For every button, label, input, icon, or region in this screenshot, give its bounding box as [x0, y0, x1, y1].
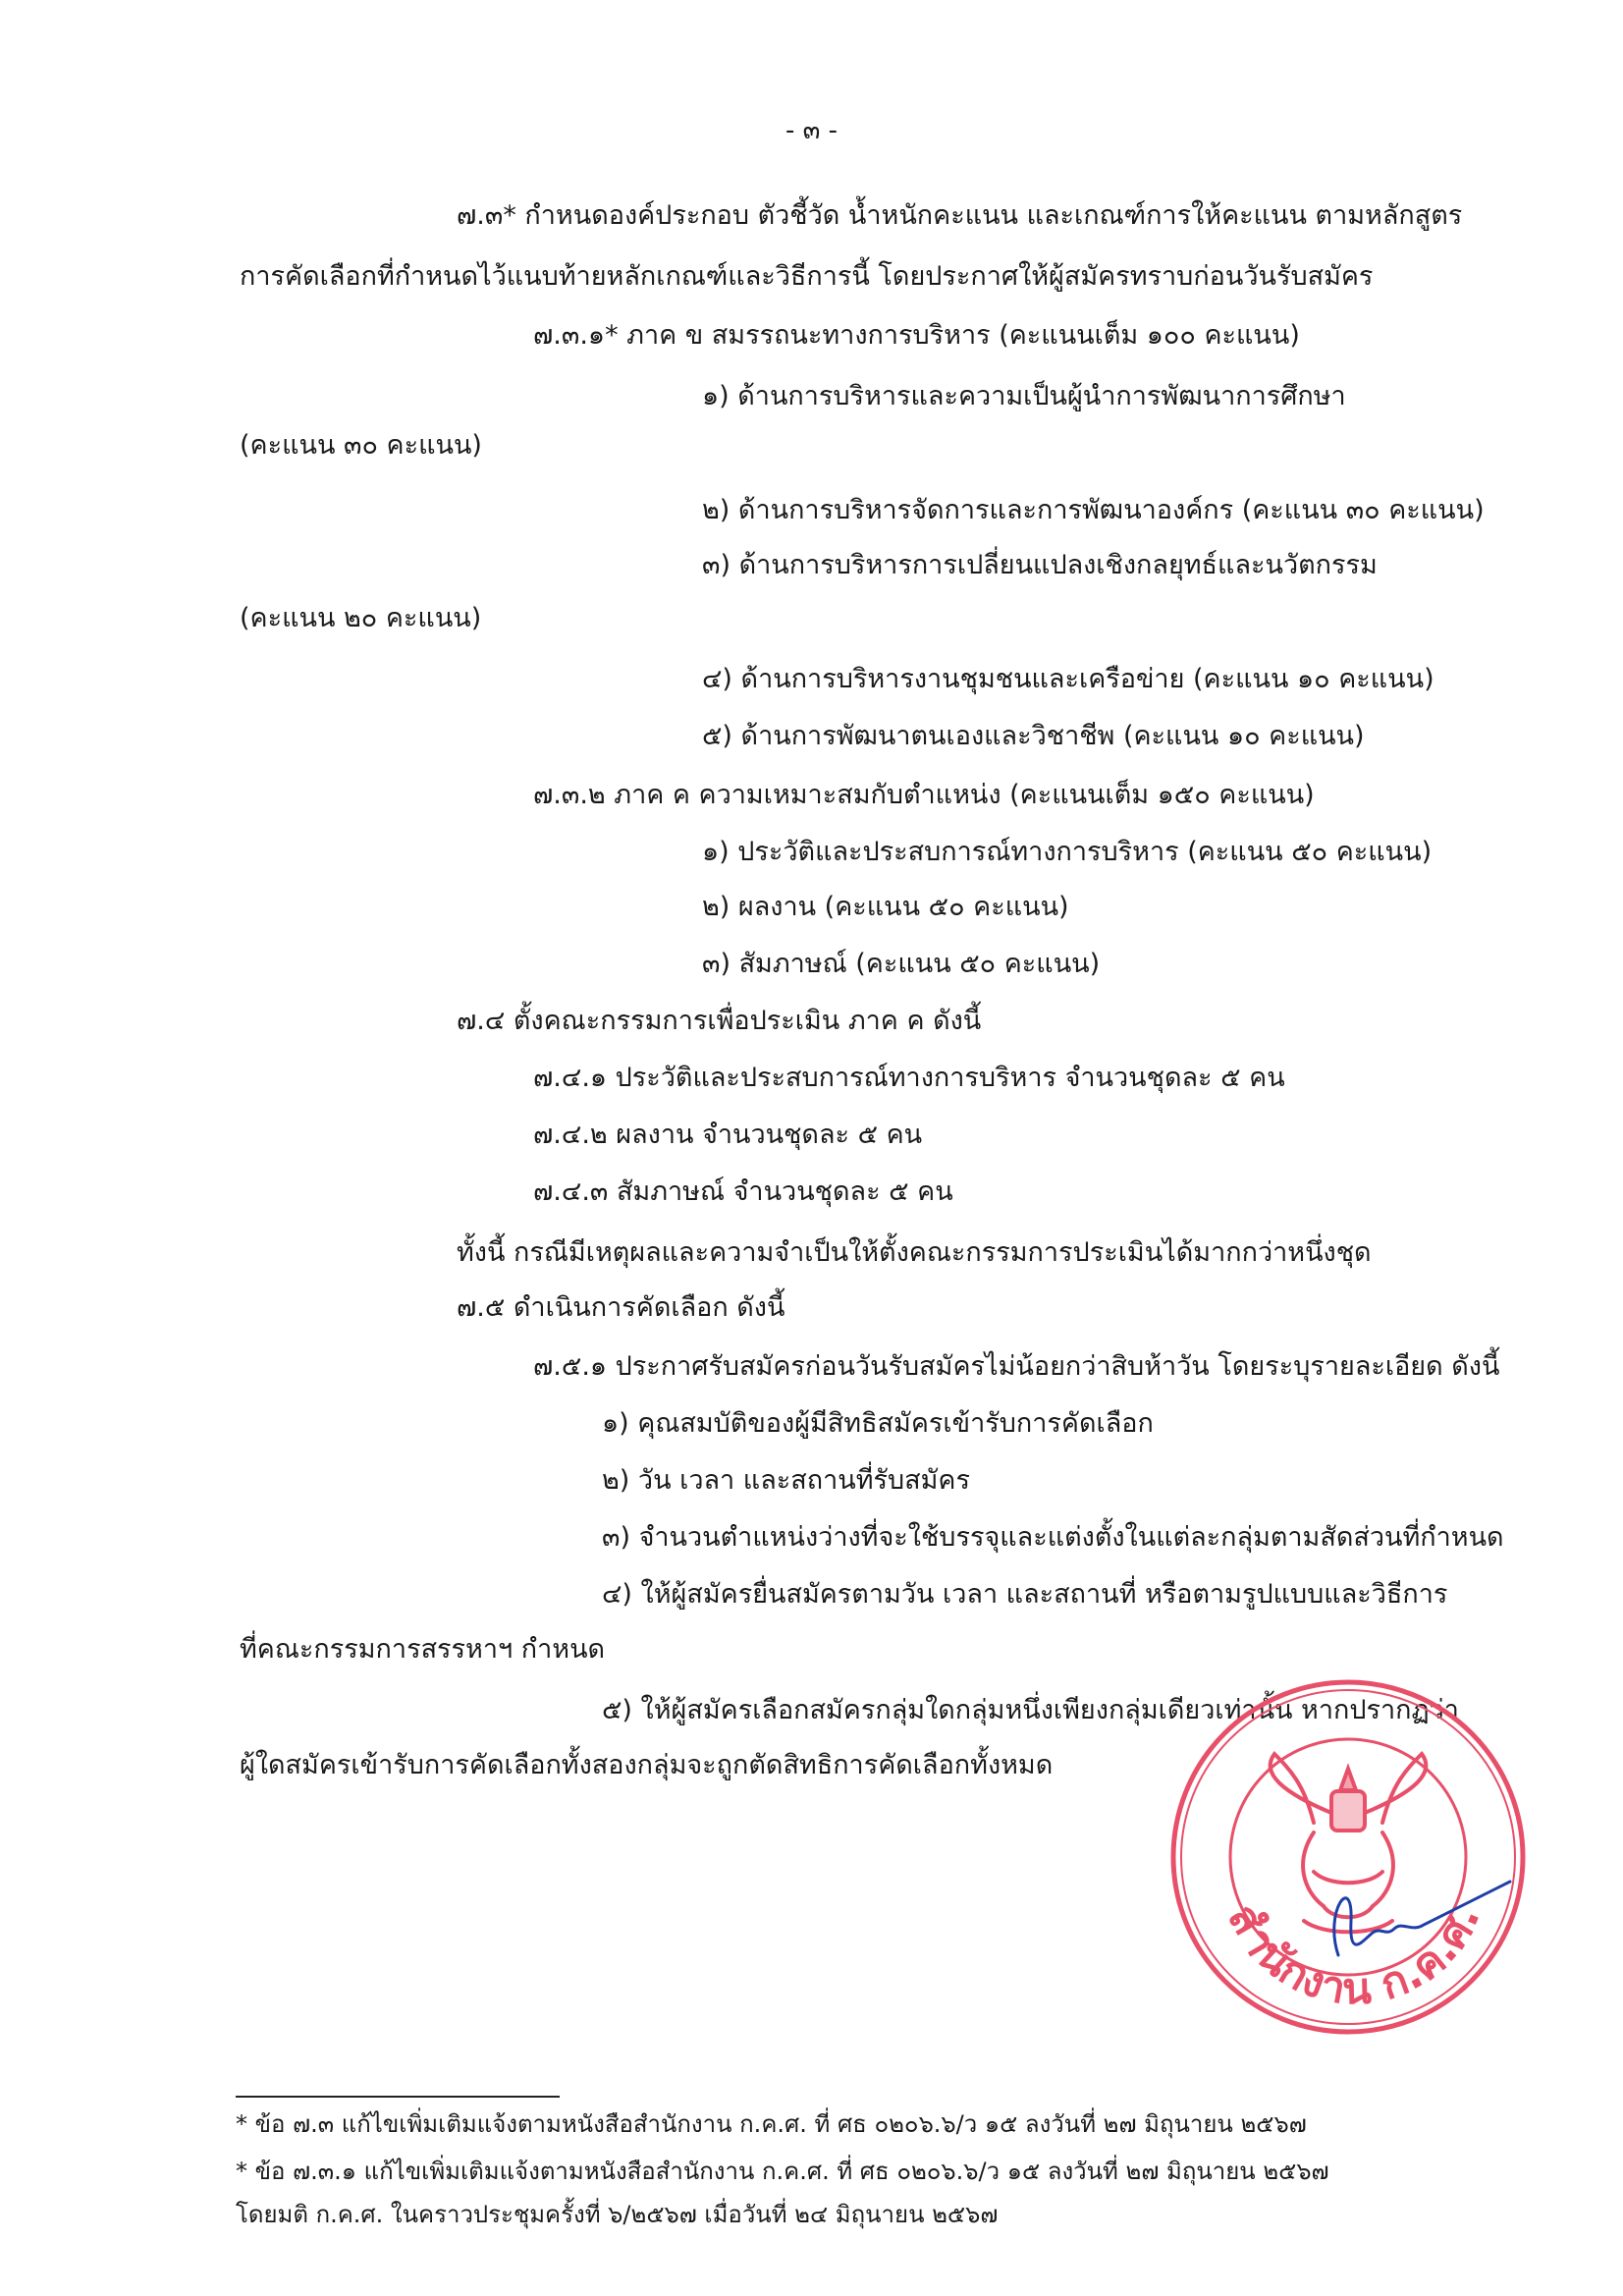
section-7-4-2: ๗.๔.๒ ผลงาน จำนวนชุดละ ๕ คน	[533, 1116, 922, 1155]
section-7-3-2-item-2: ๒) ผลงาน (คะแนน ๕๐ คะแนน)	[702, 888, 1069, 927]
section-7-4-note: ทั้งนี้ กรณีมีเหตุผลและความจำเป็นให้ตั้ง…	[457, 1233, 1372, 1273]
footnote-divider	[236, 2096, 560, 2098]
section-7-5-1-title: ๗.๕.๑ ประกาศรับสมัครก่อนวันรับสมัครไม่น้…	[533, 1347, 1499, 1387]
section-7-3-1-item-2: ๒) ด้านการบริหารจัดการและการพัฒนาองค์กร …	[702, 491, 1485, 530]
section-7-3-1-title: ๗.๓.๑* ภาค ข สมรรถนะทางการบริหาร (คะแนนเ…	[533, 316, 1300, 355]
section-7-3-line-2: การคัดเลือกที่กำหนดไว้แนบท้ายหลักเกณฑ์แล…	[240, 257, 1373, 297]
section-7-3-2-item-3: ๓) สัมภาษณ์ (คะแนน ๕๐ คะแนน)	[702, 945, 1100, 984]
section-7-4-title: ๗.๔ ตั้งคณะกรรมการเพื่อประเมิน ภาค ค ดัง…	[457, 1002, 981, 1041]
section-7-3-2-title: ๗.๓.๒ ภาค ค ความเหมาะสมกับตำแหน่ง (คะแนน…	[533, 776, 1315, 815]
footnote-2-cont: โดยมติ ก.ค.ศ. ในคราวประชุมครั้งที่ ๖/๒๕๖…	[236, 2198, 998, 2231]
section-7-3-1-item-1: ๑) ด้านการบริหารและความเป็นผู้นำการพัฒนา…	[702, 377, 1346, 416]
section-7-3-1-item-1-cont: (คะแนน ๓๐ คะแนน)	[240, 426, 482, 465]
footnote-2: * ข้อ ๗.๓.๑ แก้ไขเพิ่มเติมแจ้งตามหนังสือ…	[236, 2155, 1329, 2188]
garuda-seal-icon: สำนักงาน ก.ค.ศ.	[1166, 1675, 1530, 2039]
section-7-5-1-item-5-cont: ผู้ใดสมัครเข้ารับการคัดเลือกทั้งสองกลุ่ม…	[240, 1746, 1053, 1785]
section-7-5-1-item-1: ๑) คุณสมบัติของผู้มีสิทธิสมัครเข้ารับการ…	[602, 1404, 1154, 1444]
official-seal: สำนักงาน ก.ค.ศ.	[1166, 1675, 1530, 2039]
footnote-1: * ข้อ ๗.๓ แก้ไขเพิ่มเติมแจ้งตามหนังสือสำ…	[236, 2107, 1307, 2141]
section-7-5-1-item-2: ๒) วัน เวลา และสถานที่รับสมัคร	[602, 1461, 970, 1501]
section-7-3-line-1: ๗.๓* กำหนดองค์ประกอบ ตัวชี้วัด น้ำหนักคะ…	[457, 196, 1462, 236]
section-7-4-1: ๗.๔.๑ ประวัติและประสบการณ์ทางการบริหาร จ…	[533, 1059, 1285, 1098]
section-7-3-1-item-3: ๓) ด้านการบริหารการเปลี่ยนแปลงเชิงกลยุทธ…	[702, 546, 1378, 585]
section-7-5-1-item-3: ๓) จำนวนตำแหน่งว่างที่จะใช้บรรจุและแต่งต…	[602, 1518, 1504, 1558]
section-7-5-1-item-4-cont: ที่คณะกรรมการสรรหาฯ กำหนด	[240, 1630, 605, 1669]
section-7-5-1-item-4: ๔) ให้ผู้สมัครยื่นสมัครตามวัน เวลา และสถ…	[602, 1575, 1447, 1614]
page-number: - ๓ -	[0, 110, 1623, 150]
section-7-5-title: ๗.๕ ดำเนินการคัดเลือก ดังนี้	[457, 1288, 784, 1328]
section-7-3-2-item-1: ๑) ประวัติและประสบการณ์ทางการบริหาร (คะแ…	[702, 833, 1432, 872]
section-7-3-1-item-5: ๕) ด้านการพัฒนาตนเองและวิชาชีพ (คะแนน ๑๐…	[702, 717, 1365, 756]
section-7-3-1-item-3-cont: (คะแนน ๒๐ คะแนน)	[240, 599, 481, 638]
section-7-4-3: ๗.๔.๓ สัมภาษณ์ จำนวนชุดละ ๕ คน	[533, 1173, 953, 1212]
section-7-3-1-item-4: ๔) ด้านการบริหารงานชุมชนและเครือข่าย (คะ…	[702, 660, 1434, 699]
